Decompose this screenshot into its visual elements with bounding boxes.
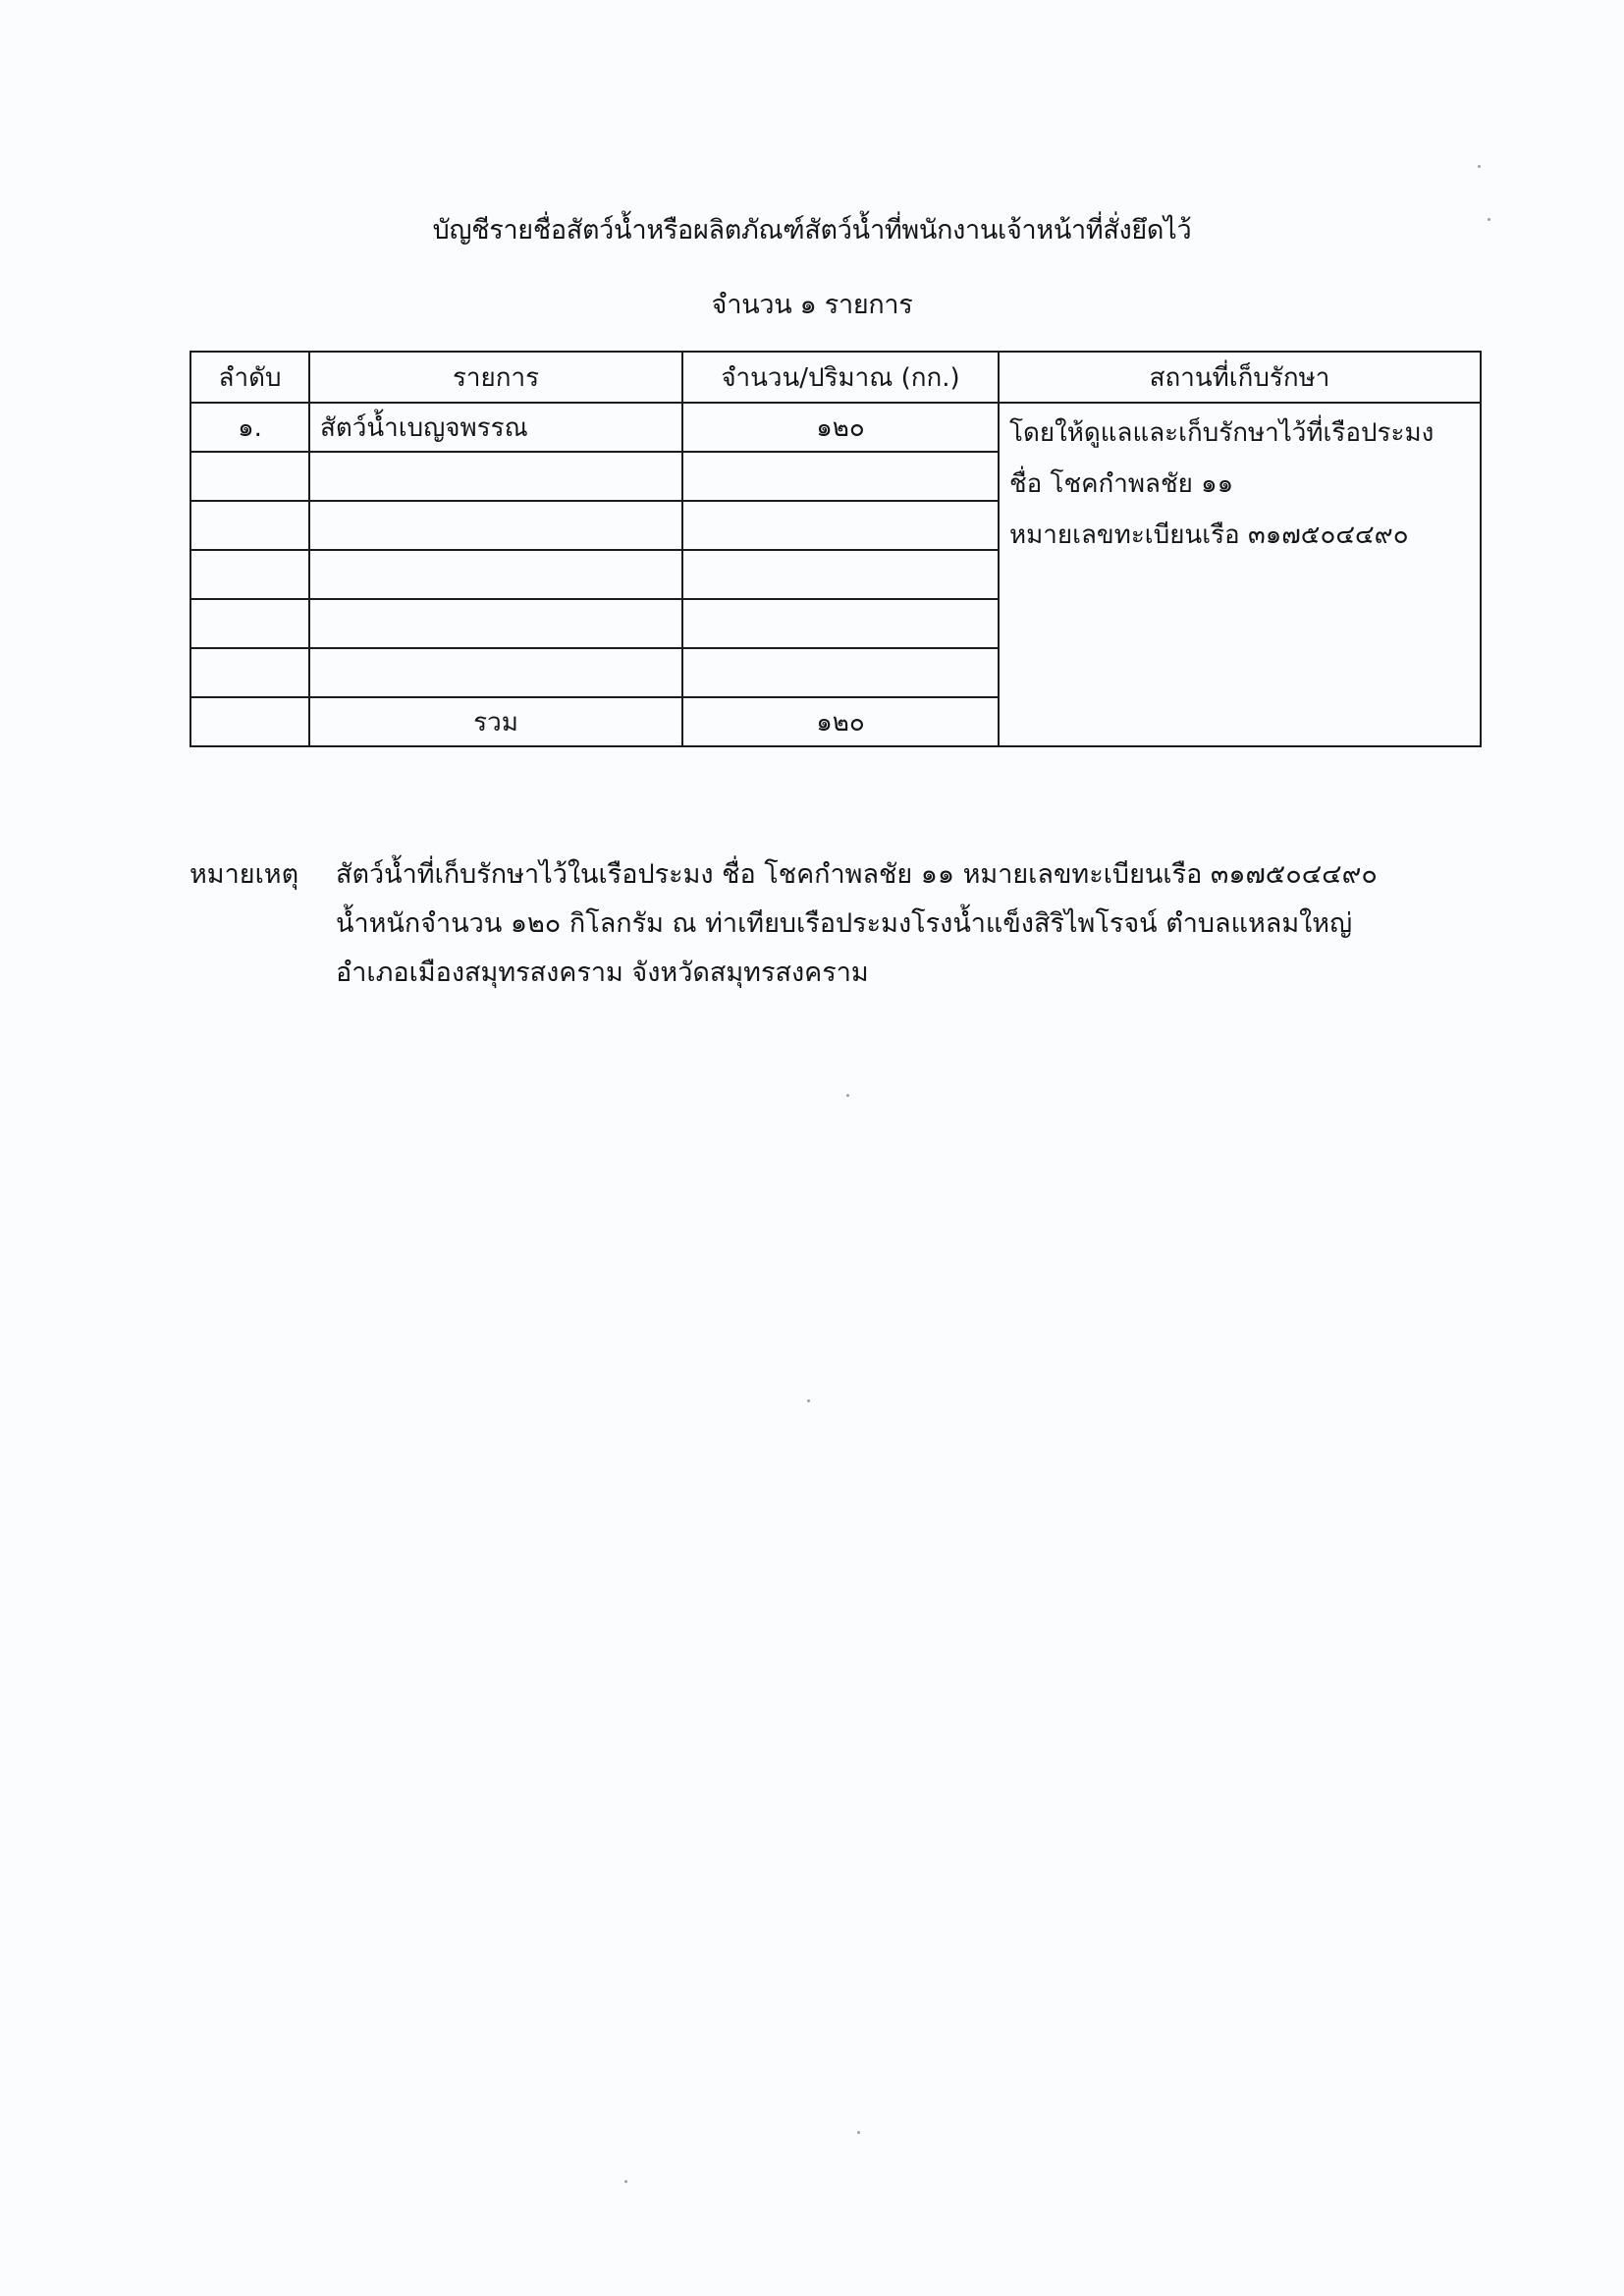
scan-speck bbox=[807, 1399, 810, 1402]
cell-item bbox=[309, 648, 682, 697]
table-header-row: ลำดับ รายการ จำนวน/ปริมาณ (กก.) สถานที่เ… bbox=[190, 352, 1481, 403]
cell-item bbox=[309, 550, 682, 599]
total-qty: ๑๒๐ bbox=[682, 697, 999, 746]
storage-place-line: หมายเลขทะเบียนเรือ ๓๑๗๕๐๔๔๙๐ bbox=[1009, 510, 1470, 561]
document-subtitle: จำนวน ๑ รายการ bbox=[0, 283, 1624, 325]
cell-qty: ๑๒๐ bbox=[682, 403, 999, 452]
scan-speck bbox=[624, 2180, 627, 2183]
cell-no bbox=[190, 501, 309, 550]
note-line: อำเภอเมืองสมุทรสงคราม จังหวัดสมุทรสงคราม bbox=[336, 949, 1378, 998]
storage-place-line: ชื่อ โชคกำพลชัย ๑๑ bbox=[1009, 459, 1470, 510]
total-label: รวม bbox=[309, 697, 682, 746]
header-no: ลำดับ bbox=[190, 352, 309, 403]
cell-item: สัตว์น้ำเบญจพรรณ bbox=[309, 403, 682, 452]
note-body: สัตว์น้ำที่เก็บรักษาไว้ในเรือประมง ชื่อ … bbox=[336, 850, 1378, 998]
cell-qty bbox=[682, 550, 999, 599]
cell-item bbox=[309, 599, 682, 648]
document-title: บัญชีรายชื่อสัตว์น้ำหรือผลิตภัณฑ์สัตว์น้… bbox=[0, 208, 1624, 250]
note-line: น้ำหนักจำนวน ๑๒๐ กิโลกรัม ณ ท่าเทียบเรือ… bbox=[336, 900, 1378, 949]
cell-no bbox=[190, 599, 309, 648]
storage-place-line: โดยให้ดูแลและเก็บรักษาไว้ที่เรือประมง bbox=[1009, 408, 1470, 459]
table-row: ๑. สัตว์น้ำเบญจพรรณ ๑๒๐ โดยให้ดูแลและเก็… bbox=[190, 403, 1481, 452]
cell-item bbox=[309, 452, 682, 501]
cell-qty bbox=[682, 452, 999, 501]
cell-no bbox=[190, 648, 309, 697]
header-item: รายการ bbox=[309, 352, 682, 403]
cell-no: ๑. bbox=[190, 403, 309, 452]
cell-total-empty bbox=[190, 697, 309, 746]
cell-qty bbox=[682, 501, 999, 550]
seized-items-table: ลำดับ รายการ จำนวน/ปริมาณ (กก.) สถานที่เ… bbox=[189, 351, 1482, 747]
cell-qty bbox=[682, 599, 999, 648]
cell-item bbox=[309, 501, 682, 550]
cell-no bbox=[190, 452, 309, 501]
header-qty: จำนวน/ปริมาณ (กก.) bbox=[682, 352, 999, 403]
cell-no bbox=[190, 550, 309, 599]
scan-speck bbox=[846, 1094, 849, 1097]
scan-speck bbox=[1478, 165, 1481, 168]
scan-speck bbox=[857, 2131, 860, 2134]
cell-storage-place: โดยให้ดูแลและเก็บรักษาไว้ที่เรือประมง ชื… bbox=[999, 403, 1481, 746]
note-label: หมายเหตุ bbox=[189, 850, 298, 900]
scan-speck bbox=[1488, 218, 1490, 221]
cell-qty bbox=[682, 648, 999, 697]
header-place: สถานที่เก็บรักษา bbox=[999, 352, 1481, 403]
note-line: สัตว์น้ำที่เก็บรักษาไว้ในเรือประมง ชื่อ … bbox=[336, 850, 1378, 900]
